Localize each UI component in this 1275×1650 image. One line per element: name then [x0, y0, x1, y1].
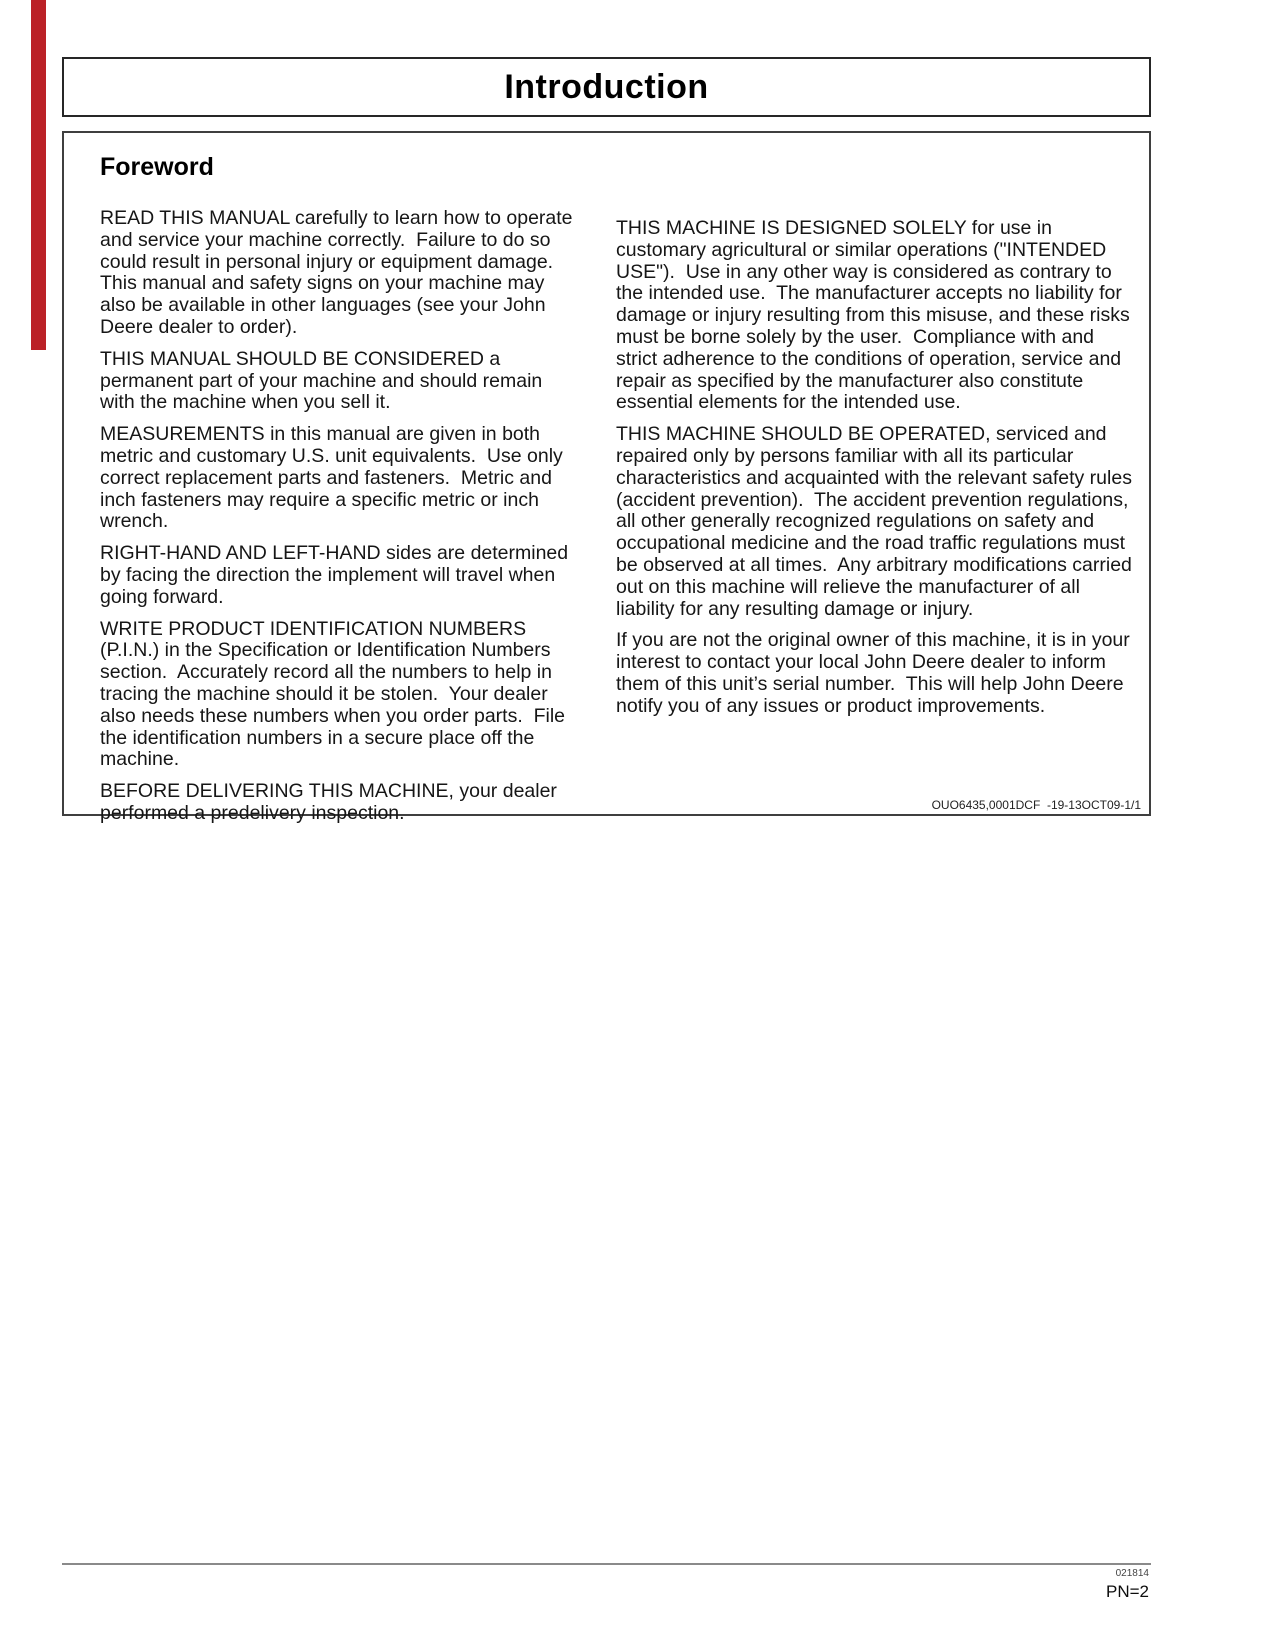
right-column: THIS MACHINE IS DESIGNED SOLELY for use …	[616, 208, 1138, 728]
doc-control-number: OUO6435,0001DCF -19-13OCT09-1/1	[932, 798, 1141, 812]
page-title: Introduction	[504, 68, 708, 107]
two-column-text: READ THIS MANUAL carefully to learn how …	[100, 208, 1139, 835]
paragraph: READ THIS MANUAL carefully to learn how …	[100, 208, 576, 339]
bookmark-ribbon	[31, 0, 46, 350]
paragraph: THIS MANUAL SHOULD BE CONSIDERED a perma…	[100, 349, 576, 414]
footer-page-number: PN=2	[1106, 1582, 1149, 1602]
paragraph: If you are not the original owner of thi…	[616, 630, 1138, 717]
left-column: READ THIS MANUAL carefully to learn how …	[100, 208, 576, 835]
paragraph: BEFORE DELIVERING THIS MACHINE, your dea…	[100, 781, 576, 825]
paragraph: WRITE PRODUCT IDENTIFICATION NUMBERS (P.…	[100, 619, 576, 772]
paragraph: RIGHT-HAND AND LEFT-HAND sides are deter…	[100, 543, 576, 608]
section-heading: Foreword	[100, 153, 1139, 182]
paragraph: MEASUREMENTS in this manual are given in…	[100, 424, 576, 533]
manual-page: Introduction Foreword READ THIS MANUAL c…	[0, 0, 1275, 1650]
footer-rule	[62, 1563, 1151, 1565]
foreword-section: Foreword READ THIS MANUAL carefully to l…	[62, 131, 1151, 816]
paragraph: THIS MACHINE IS DESIGNED SOLELY for use …	[616, 218, 1138, 414]
title-box: Introduction	[62, 57, 1151, 117]
paragraph: THIS MACHINE SHOULD BE OPERATED, service…	[616, 424, 1138, 620]
footer-print-code: 021814	[1116, 1568, 1149, 1579]
